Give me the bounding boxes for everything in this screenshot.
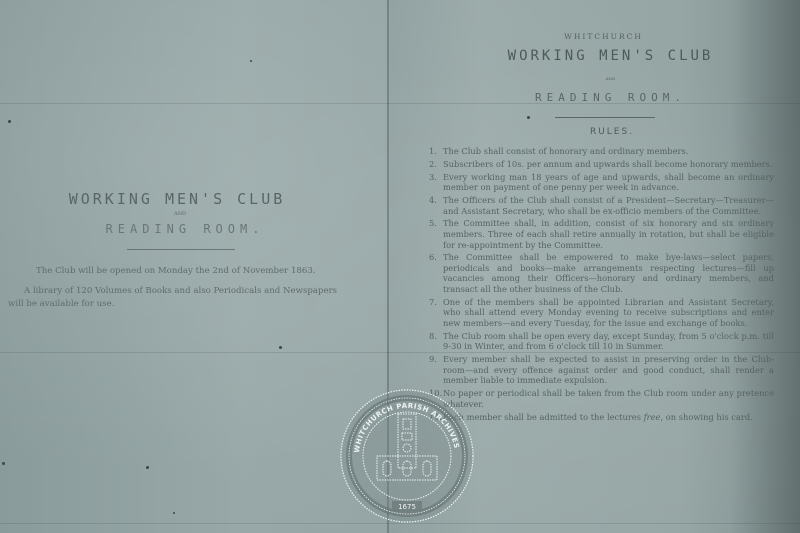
rule-item: 11.Each member shall be admitted to the … [429, 412, 774, 423]
rule-item: 1.The Club shall consist of honorary and… [429, 146, 774, 157]
dust-speck [146, 466, 149, 469]
rule-item: 9.Every member shall be expected to assi… [429, 354, 774, 386]
rule-text: The Committee shall, in addition, consis… [443, 218, 774, 249]
rule-item: 6.The Committee shall be empowered to ma… [429, 252, 774, 294]
rule-item: 5.The Committee shall, in addition, cons… [429, 218, 774, 250]
rules-list: 1.The Club shall consist of honorary and… [429, 146, 774, 424]
divider [555, 117, 655, 118]
document-sheet: WORKING MEN'S CLUB AND READING ROOM. The… [0, 0, 800, 533]
divider [127, 249, 235, 250]
dust-speck [2, 462, 5, 465]
rule-text: One of the members shall be appointed Li… [443, 297, 774, 328]
rule-number: 4. [429, 195, 437, 206]
rule-number: 5. [429, 218, 437, 229]
left-panel: WORKING MEN'S CLUB AND READING ROOM. The… [0, 0, 387, 533]
dust-speck [173, 512, 175, 514]
left-title: WORKING MEN'S CLUB [22, 190, 332, 208]
rule-item: 7.One of the members shall be appointed … [429, 297, 774, 329]
dust-speck [8, 120, 11, 123]
right-conjunction: AND [389, 76, 800, 81]
rule-number: 6. [429, 252, 437, 263]
rule-text: , on showing his card. [660, 412, 752, 422]
rule-number: 8. [429, 331, 437, 342]
rules-heading: RULES. [389, 127, 800, 137]
rule-text-italic: free [644, 412, 661, 422]
left-subtitle: READING ROOM. [85, 222, 285, 236]
rule-text: Subscribers of 10s. per annum and upward… [443, 159, 773, 169]
right-subtitle: READING ROOM. [389, 91, 800, 104]
library-notice: A library of 120 Volumes of Books and al… [24, 286, 337, 296]
rule-text: Every working man 18 years of age and up… [443, 172, 774, 193]
town-name: WHITCHURCH [389, 32, 800, 41]
right-title: WORKING MEN'S CLUB [389, 48, 800, 64]
dust-speck [527, 116, 530, 119]
dust-speck [279, 346, 282, 349]
rule-text: Every member shall be expected to assist… [443, 354, 774, 385]
rule-text: The Club shall consist of honorary and o… [443, 146, 688, 156]
rule-number: 9. [429, 354, 437, 365]
dust-speck [250, 60, 252, 62]
church-tower-seal-icon: WHITCHURCH PARISH ARCHIVES 1675 [337, 386, 477, 526]
rule-text: The Committee shall be empowered to make… [443, 252, 774, 294]
rule-number: 3. [429, 172, 437, 183]
left-conjunction: AND [150, 211, 210, 217]
rule-item: 2.Subscribers of 10s. per annum and upwa… [429, 159, 774, 170]
rule-text: No paper or periodical shall be taken fr… [443, 388, 774, 409]
rule-item: 10.No paper or periodical shall be taken… [429, 388, 774, 409]
library-notice-cont: will be available for use. [8, 299, 114, 309]
rule-item: 8.The Club room shall be open every day,… [429, 331, 774, 352]
svg-text:1675: 1675 [398, 503, 416, 511]
rule-number: 2. [429, 159, 437, 170]
rule-number: 7. [429, 297, 437, 308]
rule-item: 4.The Officers of the Club shall consist… [429, 195, 774, 216]
rule-item: 3.Every working man 18 years of age and … [429, 172, 774, 193]
rule-text: The Officers of the Club shall consist o… [443, 195, 774, 216]
rule-text: The Club room shall be open every day, e… [443, 331, 774, 352]
rule-number: 1. [429, 146, 437, 157]
opening-notice: The Club will be opened on Monday the 2n… [36, 266, 316, 276]
